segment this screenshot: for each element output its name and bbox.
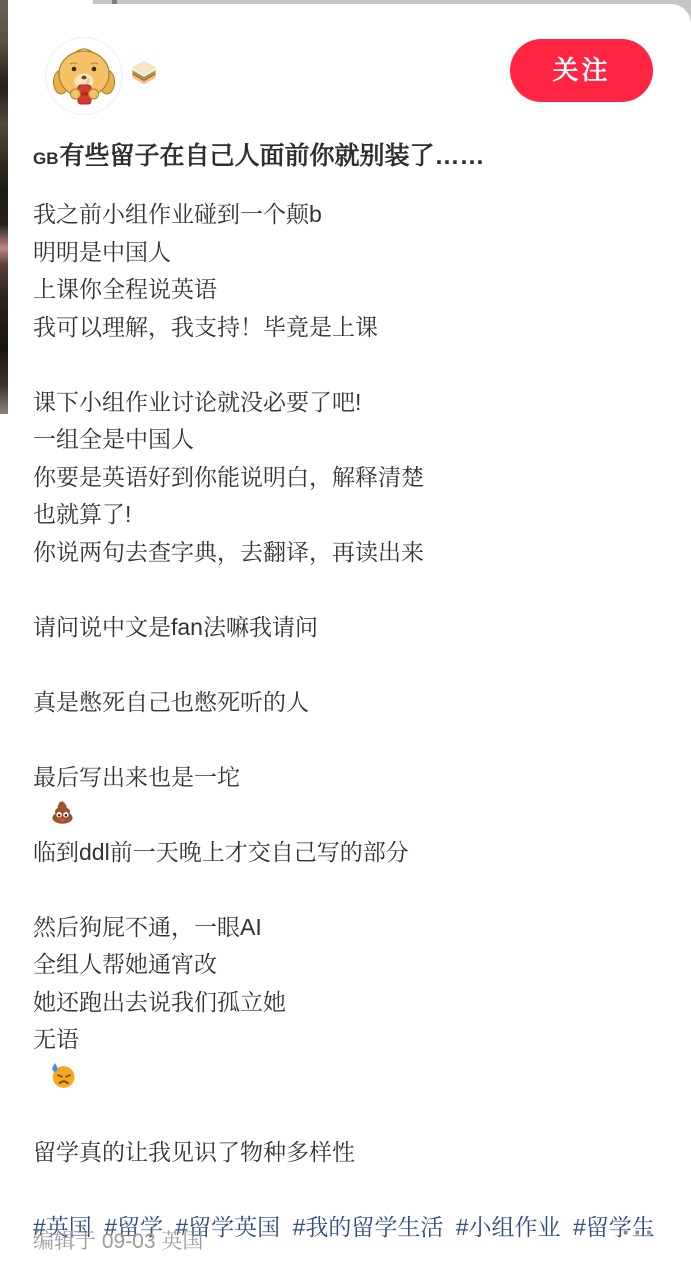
body-paragraph: 留学真的让我见识了物种多样性	[33, 1134, 673, 1172]
body-line: 然后狗屁不通，一眼AI	[33, 909, 673, 947]
body-paragraph: 请问说中文是fan法嘛我请问	[33, 609, 673, 647]
body-paragraph: 最后写出来也是一坨 临到ddl前一天晚上才交自己写的部分	[33, 759, 673, 872]
more-options-button[interactable]: ···	[622, 1217, 657, 1248]
body-line: 明明是中国人	[33, 234, 673, 272]
body-line: 临到ddl前一天晚上才交自己写的部分	[33, 834, 673, 872]
post-card: 关注 GB有些留子在自己人面前你就别装了…… 我之前小组作业碰到一个颠b明明是中…	[8, 4, 691, 1280]
body-line: 留学真的让我见识了物种多样性	[33, 1134, 673, 1172]
body-line: 最后写出来也是一坨	[33, 759, 673, 834]
post-page: 关注 GB有些留子在自己人面前你就别装了…… 我之前小组作业碰到一个颠b明明是中…	[0, 0, 691, 1280]
edited-timestamp: 编辑于 09-03 英国	[33, 1225, 203, 1255]
post-body: 我之前小组作业碰到一个颠b明明是中国人上课你全程说英语我可以理解，我支持！毕竟是…	[33, 196, 673, 1246]
author-username[interactable]	[129, 58, 159, 88]
body-line: 请问说中文是fan法嘛我请问	[33, 609, 673, 647]
body-paragraph: 课下小组作业讨论就没必要了吧!一组全是中国人你要是英语好到你能说明白，解释清楚也…	[33, 384, 673, 572]
body-line: 课下小组作业讨论就没必要了吧!	[33, 384, 673, 422]
body-line: 也就算了!	[33, 496, 673, 534]
poop-emoji-icon	[49, 799, 76, 826]
body-line: 她还跑出去说我们孤立她	[33, 984, 673, 1022]
body-line: 我之前小组作业碰到一个颠b	[33, 196, 673, 234]
body-line: 一组全是中国人	[33, 421, 673, 459]
body-line: 你要是英语好到你能说明白，解释清楚	[33, 459, 673, 497]
body-line: 你说两句去查字典，去翻译，再读出来	[33, 534, 673, 572]
body-line: 无语	[33, 1021, 673, 1096]
body-paragraph: 然后狗屁不通，一眼AI全组人帮她通宵改她还跑出去说我们孤立她无语	[33, 909, 673, 1097]
underlying-photo-strip	[0, 0, 8, 414]
post-title-text: 有些留子在自己人面前你就别装了……	[60, 142, 485, 170]
post-title-prefix: GB	[33, 149, 59, 168]
sandwich-icon	[129, 58, 159, 88]
follow-button[interactable]: 关注	[510, 39, 653, 102]
body-paragraph: 我之前小组作业碰到一个颠b明明是中国人上课你全程说英语我可以理解，我支持！毕竟是…	[33, 196, 673, 346]
author-avatar[interactable]	[45, 37, 123, 115]
post-paragraphs: 我之前小组作业碰到一个颠b明明是中国人上课你全程说英语我可以理解，我支持！毕竟是…	[33, 196, 673, 1171]
hashtag-link[interactable]: #我的留学生活	[293, 1214, 444, 1240]
body-line: 全组人帮她通宵改	[33, 946, 673, 984]
body-paragraph: 真是憋死自己也憋死听的人	[33, 684, 673, 722]
hashtag-link[interactable]: #小组作业	[456, 1214, 561, 1240]
body-line: 真是憋死自己也憋死听的人	[33, 684, 673, 722]
body-line: 我可以理解，我支持！毕竟是上课	[33, 309, 673, 347]
dog-drinking-cola-icon	[48, 40, 120, 112]
sad-sweat-face-emoji-icon	[49, 1062, 76, 1089]
body-line: 上课你全程说英语	[33, 271, 673, 309]
post-title: GB有些留子在自己人面前你就别装了……	[33, 139, 663, 176]
